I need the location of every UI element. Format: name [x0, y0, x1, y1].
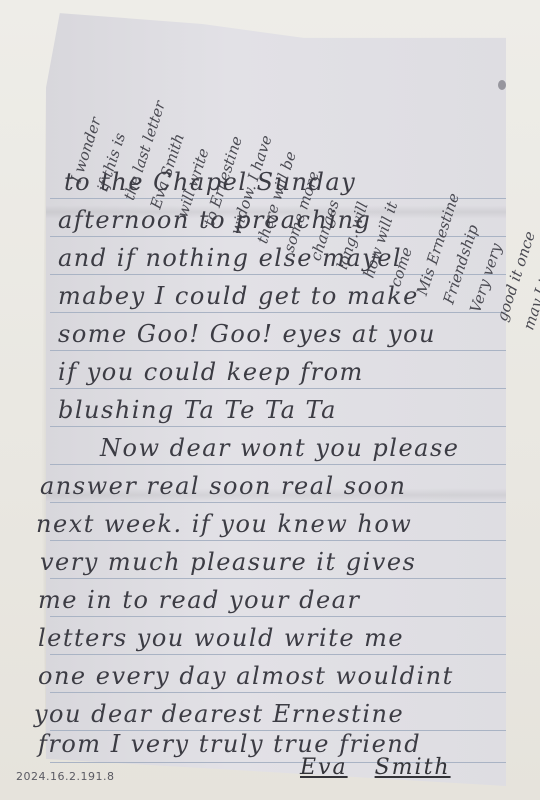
signature-last: Smith: [375, 755, 451, 780]
letter-line: me in to read your dear: [38, 586, 360, 614]
rule-line: [50, 464, 506, 465]
letter-line: answer real soon real soon: [40, 472, 406, 500]
letter-line: some Goo! Goo! eyes at you: [58, 320, 436, 348]
letter-line: one every day almost wouldint: [38, 662, 454, 690]
letter-line: you dear dearest Ernestine: [34, 700, 404, 728]
accession-number: 2024.16.2.191.8: [16, 770, 114, 783]
signature-first: Eva: [300, 755, 348, 780]
letter-line: from I very truly true friend: [38, 730, 421, 758]
rule-line: [50, 426, 506, 427]
letter-line: very much pleasure it gives: [40, 548, 416, 576]
letter-line: afternoon to preaching: [58, 206, 371, 234]
rule-line: [50, 312, 506, 313]
rule-line: [50, 540, 506, 541]
letter-line: letters you would write me: [38, 624, 404, 652]
letter-line: Now dear wont you please: [100, 434, 459, 462]
rule-line: [50, 616, 506, 617]
letter-line: to the Chapel Sunday: [64, 168, 356, 196]
rule-line: [50, 578, 506, 579]
letter-line: blushing Ta Te Ta Ta: [58, 396, 337, 424]
rule-line: [50, 654, 506, 655]
letter-line: and if nothing else mayel: [58, 244, 402, 272]
letter-line: mabey I could get to make: [58, 282, 419, 310]
letter-line: next week. if you knew how: [36, 510, 412, 538]
ink-smudge: [498, 80, 506, 90]
signature: Eva Smith: [300, 755, 451, 780]
rule-line: [50, 350, 506, 351]
rule-line: [50, 388, 506, 389]
rule-line: [50, 502, 506, 503]
letter-line: if you could keep from: [58, 358, 364, 386]
rule-line: [50, 692, 506, 693]
